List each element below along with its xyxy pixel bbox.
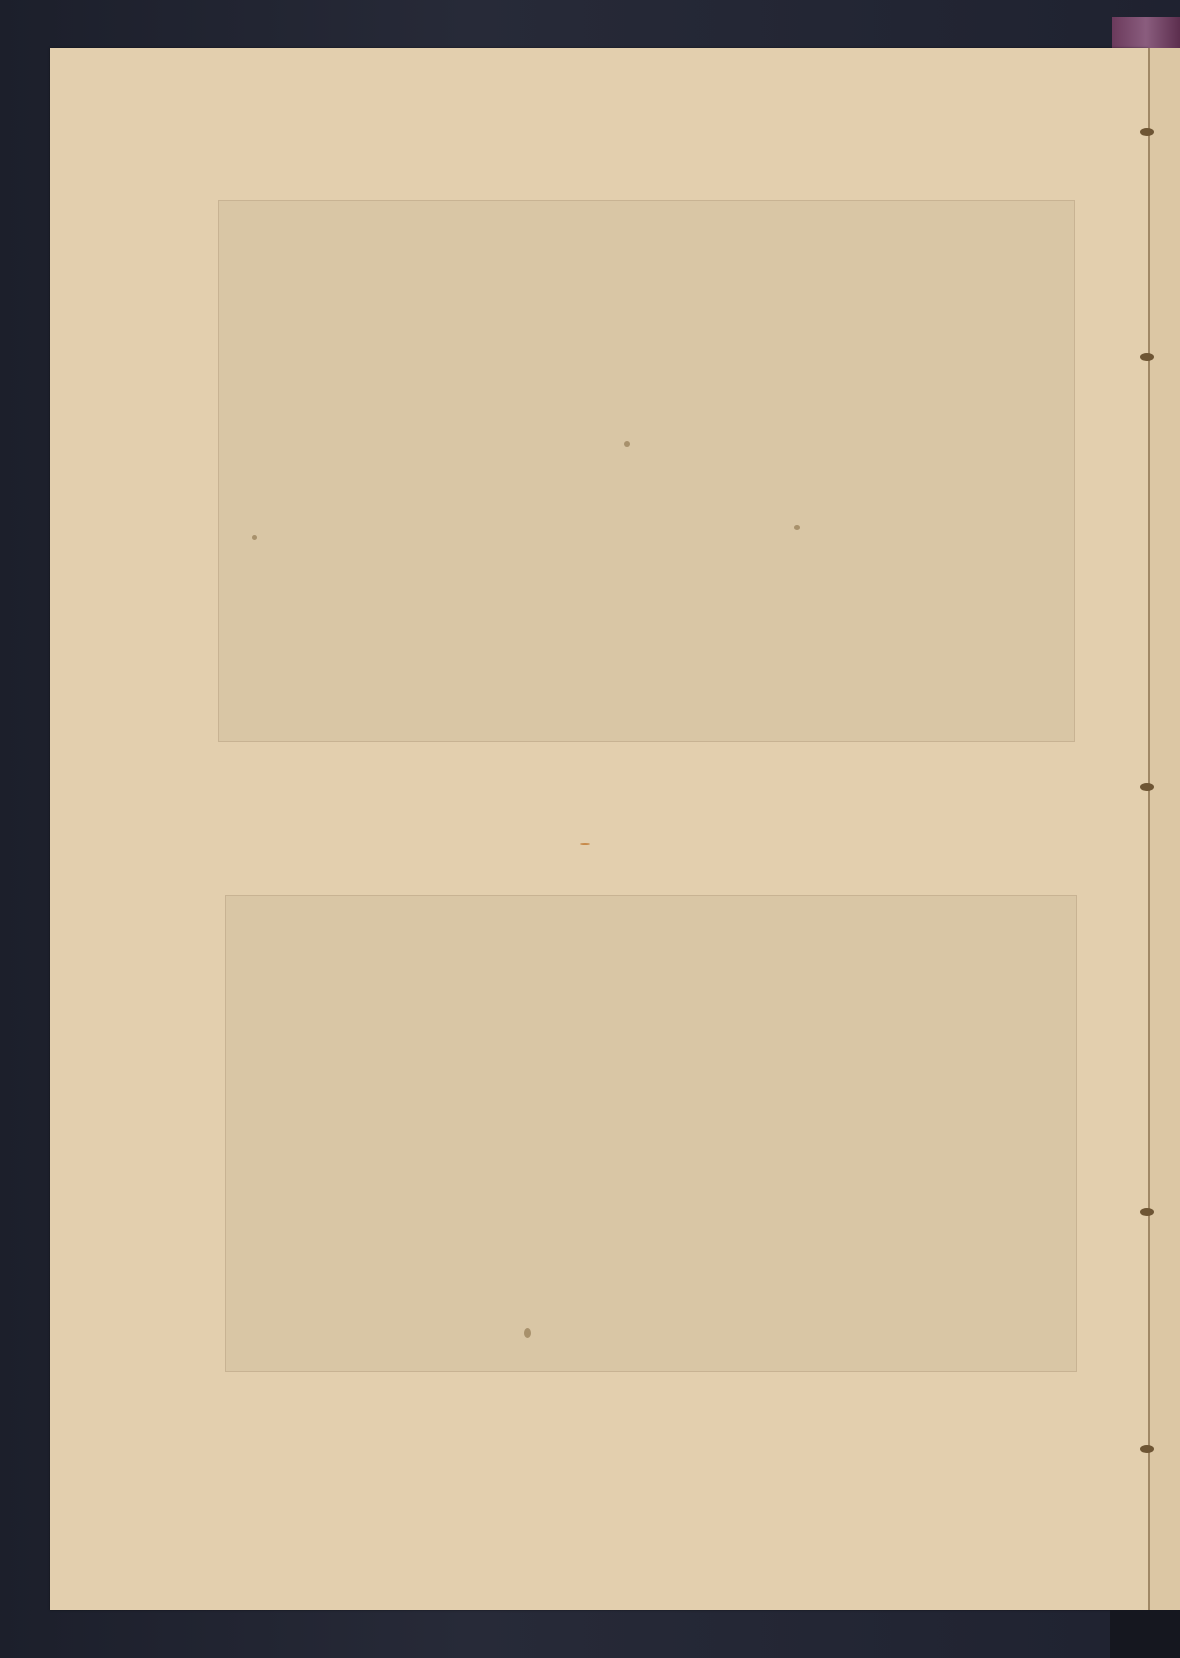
binding-stitch [1140, 353, 1154, 361]
adjacent-page-edge [1148, 48, 1180, 1610]
paper-fleck [580, 843, 590, 845]
binding-spine-fabric [1112, 17, 1180, 48]
binding-stitch [1140, 1445, 1154, 1453]
paper-fleck [794, 525, 800, 530]
spine-bottom [1110, 1610, 1180, 1658]
plate-area-upper [218, 200, 1075, 742]
paper-fleck [524, 1328, 531, 1338]
binding-stitch [1140, 783, 1154, 791]
binding-stitch [1140, 1208, 1154, 1216]
plate-area-lower [225, 895, 1077, 1372]
binding-stitch [1140, 128, 1154, 136]
page-gutter [1148, 48, 1150, 1610]
paper-fleck [252, 535, 257, 540]
paper-fleck [624, 441, 630, 447]
